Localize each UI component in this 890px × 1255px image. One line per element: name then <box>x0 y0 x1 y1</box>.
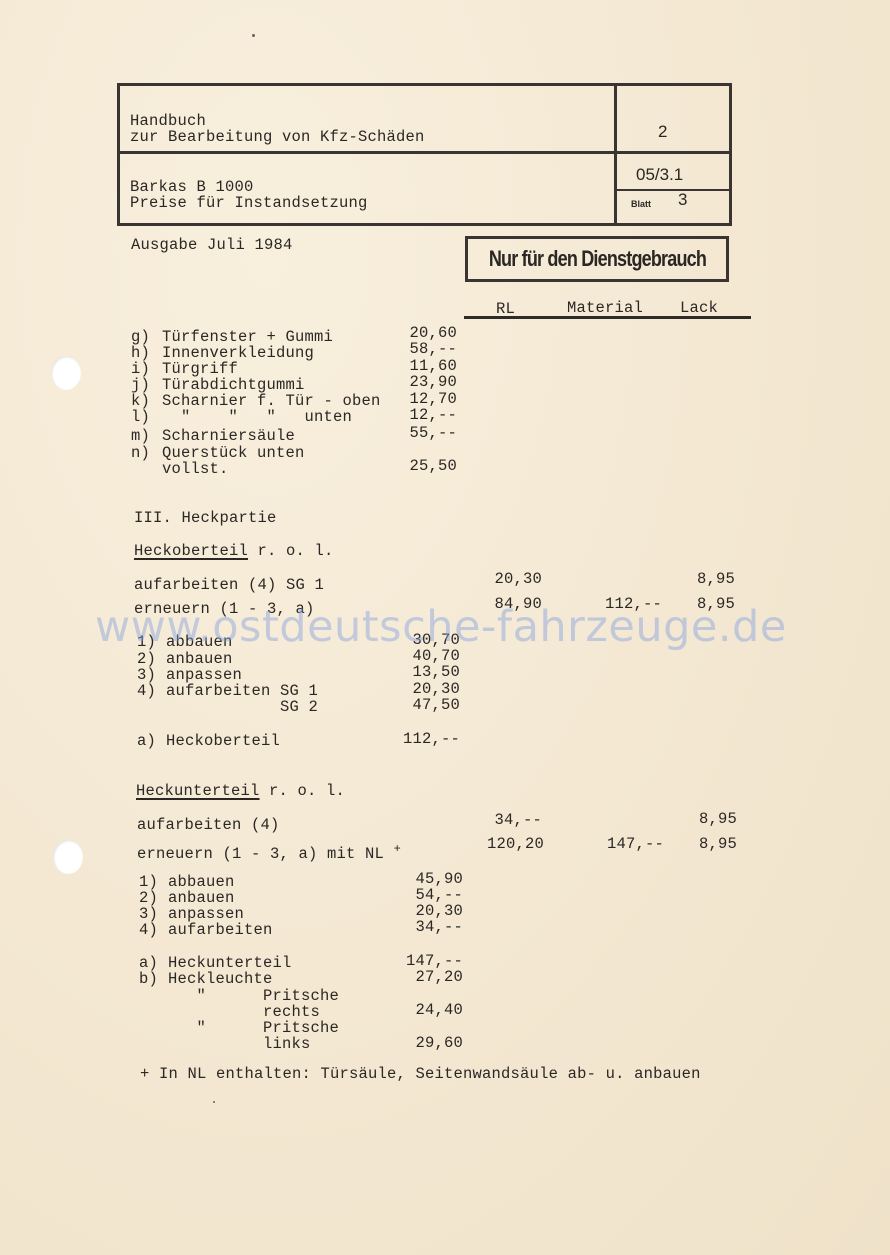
heading-underlined: Heckoberteil <box>134 542 248 560</box>
list-item-value: 25,50 <box>380 458 457 474</box>
row-rl: 34,-- <box>470 812 542 828</box>
row-label-text: erneuern (1 - 3, a) mit NL <box>137 845 384 863</box>
step-value: 20,30 <box>383 903 463 919</box>
row-lack: 8,95 <box>672 811 737 827</box>
section-number: 2 <box>658 122 667 142</box>
step-value: 45,90 <box>383 871 463 887</box>
step-label: anpassen <box>168 906 244 922</box>
step-key: 1) <box>139 874 158 890</box>
list-item-key: g) <box>131 329 150 345</box>
step-label: anbauen <box>166 651 233 667</box>
document-code: 05/3.1 <box>636 165 683 185</box>
step-value: 54,-- <box>383 887 463 903</box>
section-title: III. Heckpartie <box>134 510 277 526</box>
list-item-label: " " " unten <box>162 409 352 425</box>
part-label: Heckoberteil <box>166 733 280 749</box>
row-rl: 84,90 <box>470 596 542 612</box>
subsection-heading: Heckoberteil r. o. l. <box>134 543 334 559</box>
step-value: 30,70 <box>380 632 460 648</box>
step-value: 34,-- <box>383 919 463 935</box>
step-value: 13,50 <box>380 664 460 680</box>
step-value: 40,70 <box>380 648 460 664</box>
list-item-key: j) <box>131 377 150 393</box>
document-header-box: Handbuch zur Bearbeitung von Kfz-Schäden… <box>117 83 732 226</box>
sheet-label: Blatt <box>631 199 651 209</box>
list-item-value: 55,-- <box>380 425 457 441</box>
edition-date: Ausgabe Juli 1984 <box>131 237 293 253</box>
step-label: anbauen <box>168 890 235 906</box>
part-label: rechts <box>168 1004 320 1020</box>
step-key: 2) <box>137 651 156 667</box>
list-item-value: 23,90 <box>380 374 457 390</box>
row-label: erneuern (1 - 3, a) <box>134 601 315 617</box>
row-material: 112,-- <box>580 596 662 612</box>
step-label: aufarbeiten SG 1 <box>166 683 318 699</box>
part-key: a) <box>137 733 156 749</box>
row-label: aufarbeiten (4) <box>137 817 280 833</box>
column-header-lack: Lack <box>680 300 718 316</box>
list-item-key: n) <box>131 445 150 461</box>
manual-title-line1: Handbuch <box>130 113 206 129</box>
step-key: 4) <box>137 683 156 699</box>
part-label: links <box>168 1036 311 1052</box>
list-item-label: Scharnier f. Tür - oben <box>162 393 381 409</box>
list-item-label: Türfenster + Gummi <box>162 329 333 345</box>
step-label: anpassen <box>166 667 242 683</box>
column-header-rule <box>464 316 751 319</box>
step-label: SG 2 <box>166 699 318 715</box>
header-divider-vertical <box>614 86 617 223</box>
list-item-label: Türabdichtgummi <box>162 377 305 393</box>
list-item-label: Innenverkleidung <box>162 345 314 361</box>
row-lack: 8,95 <box>670 571 735 587</box>
punch-hole-top <box>51 356 81 390</box>
part-label: " Pritsche <box>168 988 339 1004</box>
step-label: abbauen <box>168 874 235 890</box>
row-label: aufarbeiten (4) SG 1 <box>134 577 324 593</box>
list-item-value: 20,60 <box>380 325 457 341</box>
column-header-rl: RL <box>496 301 515 317</box>
part-key: a) <box>139 955 158 971</box>
list-item-key: m) <box>131 428 150 444</box>
step-value: 47,50 <box>380 697 460 713</box>
manual-title-line2: zur Bearbeitung von Kfz-Schäden <box>130 129 425 145</box>
column-header-material: Material <box>567 300 643 316</box>
list-item-key: l) <box>131 409 150 425</box>
price-list-title: Preise für Instandsetzung <box>130 195 368 211</box>
punch-hole-bottom <box>53 840 83 874</box>
paper-speck <box>252 34 255 37</box>
header-divider-horizontal <box>120 151 729 154</box>
sheet-number: 3 <box>678 190 687 210</box>
list-item-key: i) <box>131 361 150 377</box>
list-item-label: Querstück unten <box>162 445 305 461</box>
part-value: 29,60 <box>383 1035 463 1051</box>
row-rl: 120,20 <box>470 836 544 852</box>
part-value: 24,40 <box>383 1002 463 1018</box>
vehicle-model: Barkas B 1000 <box>130 179 254 195</box>
list-item-value: 12,-- <box>380 407 457 423</box>
part-value: 27,20 <box>383 969 463 985</box>
subsection-heading: Heckunterteil r. o. l. <box>136 783 345 799</box>
step-key: 1) <box>137 634 156 650</box>
heading-suffix: r. o. l. <box>248 542 334 560</box>
row-lack: 8,95 <box>672 836 737 852</box>
list-item-label: Türgriff <box>162 361 238 377</box>
list-item-label: Scharniersäule <box>162 428 295 444</box>
list-item-key: k) <box>131 393 150 409</box>
restricted-use-stamp: Nur für den Dienstgebrauch <box>465 236 729 282</box>
part-label: Heckunterteil <box>168 955 292 971</box>
row-material: 147,-- <box>582 836 664 852</box>
heading-underlined: Heckunterteil <box>136 782 260 800</box>
part-value: 112,-- <box>380 731 460 747</box>
step-key: 4) <box>139 922 158 938</box>
header-divider-sheet <box>617 189 729 191</box>
footnote: + In NL enthalten: Türsäule, Seitenwands… <box>140 1066 701 1082</box>
paper-speck <box>213 1101 215 1103</box>
list-item-value: 12,70 <box>380 391 457 407</box>
footnote-marker: + <box>394 842 401 856</box>
step-label: aufarbeiten <box>168 922 273 938</box>
step-key: 3) <box>139 906 158 922</box>
part-label: Heckleuchte <box>168 971 273 987</box>
list-item-value: 11,60 <box>380 358 457 374</box>
list-item-value: 58,-- <box>380 341 457 357</box>
list-item-label: vollst. <box>162 461 229 477</box>
row-rl: 20,30 <box>470 571 542 587</box>
part-label: " Pritsche <box>168 1020 339 1036</box>
step-key: 2) <box>139 890 158 906</box>
row-lack: 8,95 <box>670 596 735 612</box>
heading-suffix: r. o. l. <box>260 782 346 800</box>
row-label: erneuern (1 - 3, a) mit NL + <box>137 841 401 862</box>
step-key: 3) <box>137 667 156 683</box>
part-key: b) <box>139 971 158 987</box>
stamp-text: Nur für den Dienstgebrauch <box>488 246 705 272</box>
list-item-key: h) <box>131 345 150 361</box>
step-label: abbauen <box>166 634 233 650</box>
step-value: 20,30 <box>380 681 460 697</box>
part-value: 147,-- <box>383 953 463 969</box>
